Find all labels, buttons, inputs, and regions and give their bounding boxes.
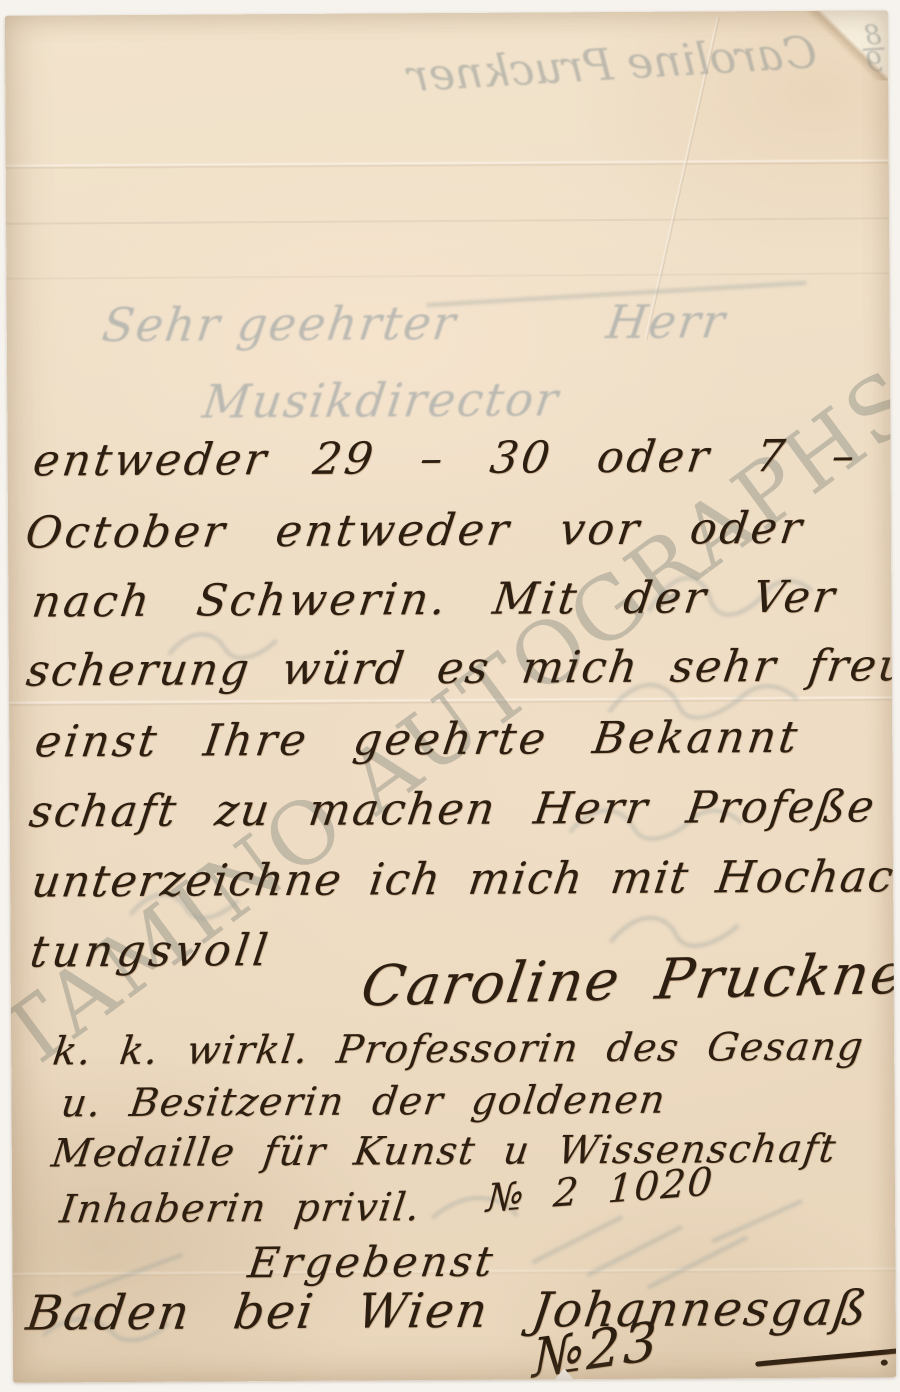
credential-line: Inhaberin privil.№ 2 1020 xyxy=(57,1183,713,1232)
body-line: nach Schwerin. Mit der Ver xyxy=(29,572,840,628)
annotation-fraction: 8 9 xyxy=(861,22,886,75)
body-line: scherung würd es mich sehr freun xyxy=(23,640,896,697)
body-line: October entweder vor oder xyxy=(23,503,808,559)
salutation-gap xyxy=(455,338,605,339)
salutation-right: Herr xyxy=(603,294,730,349)
credential-left: Inhaberin privil. xyxy=(57,1185,424,1232)
fraction-numerator: 8 xyxy=(863,23,882,49)
credential-line: u. Besitzerin der goldenen xyxy=(58,1078,668,1127)
salutation-left: Sehr geehrter xyxy=(99,296,460,352)
paper-tear xyxy=(553,1368,575,1381)
body-line: tungsvoll xyxy=(27,925,274,978)
faded-salutation-line2: Musikdirector xyxy=(200,372,563,428)
photo-background: TAMINO AUTOGRAPHS 8 9 xyxy=(0,0,900,1392)
fraction-denominator: 9 xyxy=(865,50,884,76)
address-line: Baden bei Wien Johannesgaß xyxy=(23,1280,872,1341)
credential-line: k. k. wirkl. Professorin des Gesang xyxy=(50,1024,867,1074)
faded-salutation-line1: Sehr geehrterHerr xyxy=(99,294,730,352)
signature: Caroline Pruckner xyxy=(357,941,896,1020)
letter-paper: TAMINO AUTOGRAPHS 8 9 xyxy=(5,10,896,1382)
body-line: entweder 29 – 30 oder 7 – 8 xyxy=(30,430,896,487)
credential-line: Medaille für Kunst u Wissenschaft xyxy=(49,1127,840,1177)
verso-bleedthrough-marks xyxy=(5,10,896,1382)
body-line: schaft zu machen Herr Profeße xyxy=(26,781,879,837)
closing-word: Ergebenst xyxy=(245,1237,498,1288)
body-line: einst Ihre geehrte Bekannt xyxy=(32,712,803,768)
body-line: unterzeichne ich mich mit Hochach xyxy=(29,851,896,907)
